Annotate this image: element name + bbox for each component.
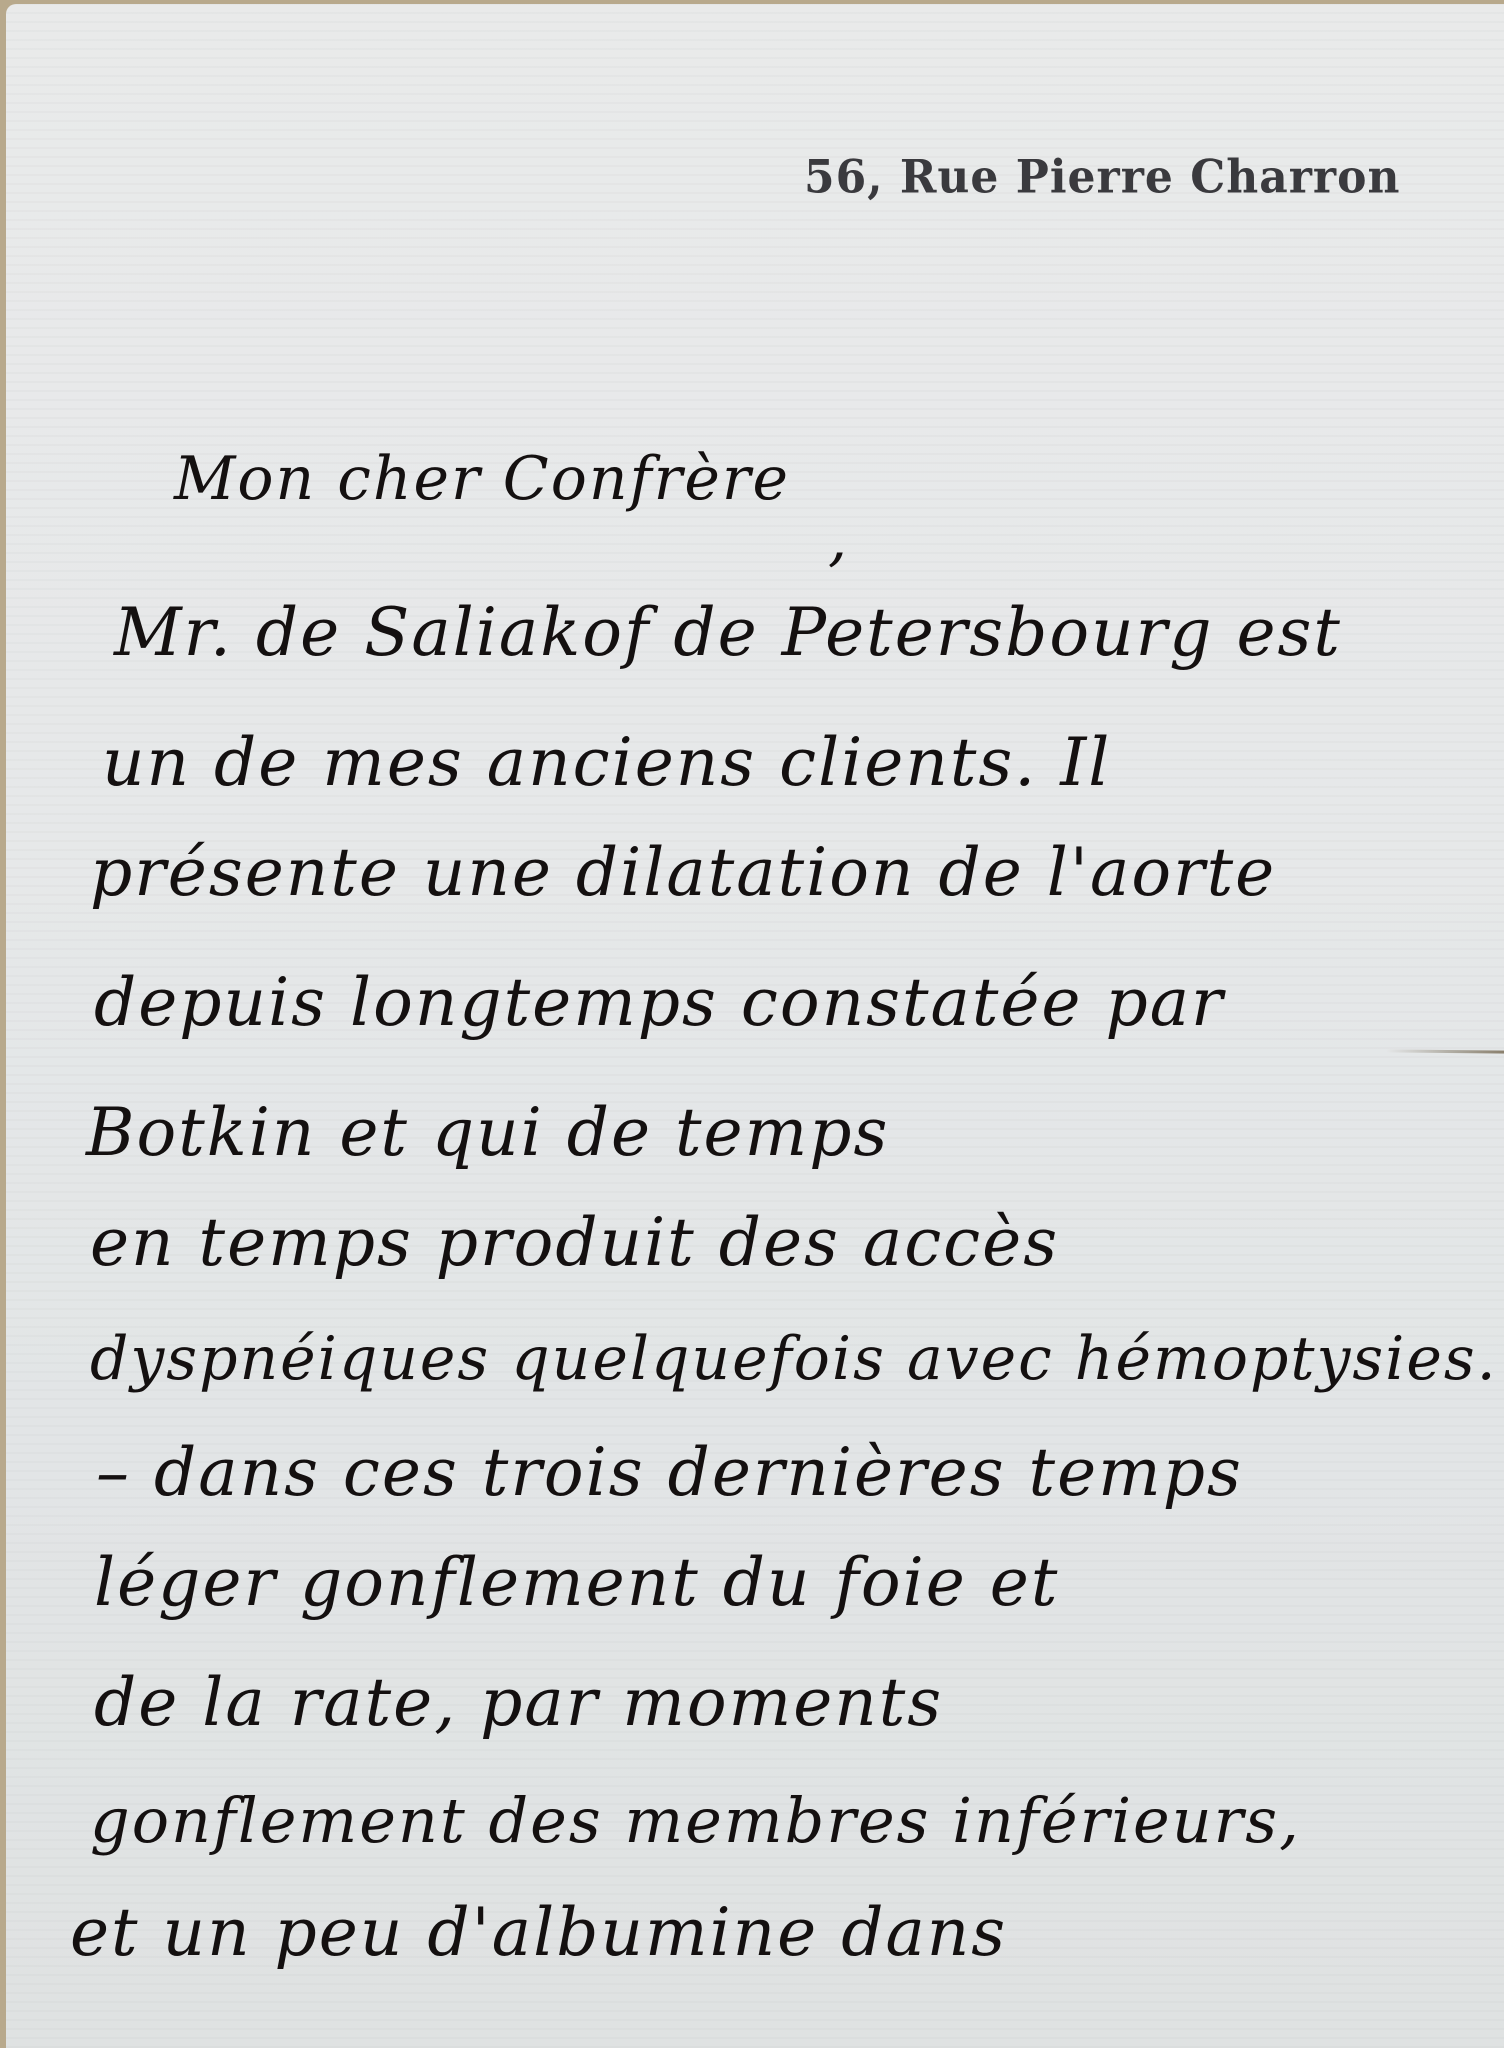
body-line-4: depuis longtemps constatée par [94,964,1225,1041]
body-line-12: et un peu d'albumine dans [70,1894,1007,1971]
body-line-11: gonflement des membres inférieurs, [90,1784,1301,1857]
body-line-5: Botkin et qui de temps [86,1094,889,1171]
body-line-3: présente une dilatation de l'aorte [90,834,1276,911]
letterhead-address: 56, Rue Pierre Charron [804,151,1400,205]
body-line-10: de la rate, par moments [94,1664,943,1741]
body-line-6: en temps produit des accès [90,1204,1059,1281]
letter-sheet: 56, Rue Pierre Charron Mon cher Confrère… [6,4,1504,2048]
body-line-7: dyspnéiques quelquefois avec hémoptysies… [90,1324,1498,1394]
body-line-1: Mr. de Saliakof de Petersbourg est [114,594,1342,671]
body-line-9: léger gonflement du foie et [94,1544,1059,1621]
salutation: Mon cher Confrère [174,444,790,514]
body-line-2: un de mes anciens clients. Il [102,724,1111,801]
salutation-comma: , [828,504,849,574]
body-line-8: – dans ces trois dernières temps [96,1434,1243,1511]
paper-fold-crease [1386,1049,1504,1053]
